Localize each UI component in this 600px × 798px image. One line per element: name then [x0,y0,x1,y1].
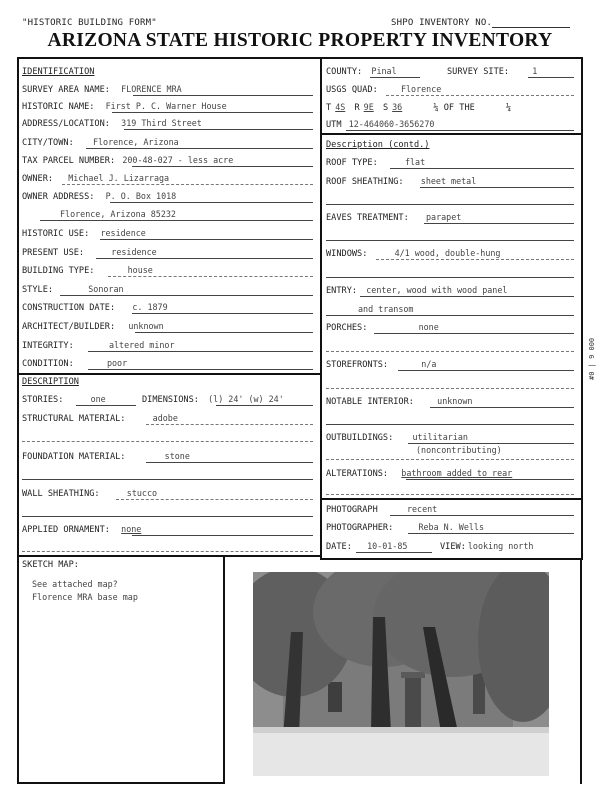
field-rule [398,370,574,371]
field-rule [326,240,574,241]
field-rule [110,202,313,203]
field-rule [96,258,313,259]
sketch-map-note-2: Florence MRA base map [32,592,138,604]
field-rule [22,441,313,442]
description-contd-heading: Description (contd.) [326,140,429,151]
identification-heading: IDENTIFICATION [22,67,94,78]
field-rule [86,148,313,149]
field-rule [326,315,574,316]
field-rule [62,184,313,185]
description-heading: DESCRIPTION [22,377,79,388]
field-rule [108,276,313,277]
shpo-inventory-value [492,18,570,28]
field-rule [326,351,574,352]
shpo-inventory-label: SHPO INVENTORY NO. [391,18,492,28]
sketch-map-label: SKETCH MAP: [22,560,79,571]
form-type-label: "HISTORIC BUILDING FORM" [22,18,157,28]
field-rule [112,112,313,113]
field-rule [528,77,574,78]
field-rule [326,204,574,205]
field-rule [133,95,313,96]
field-rule [40,220,313,221]
field-rule [420,187,574,188]
field-rule [376,259,574,260]
field-rule [146,462,313,463]
field-rule [390,515,574,516]
shpo-inventory-field: SHPO INVENTORY NO. [391,18,570,28]
field-rule [390,168,574,169]
field-rule [22,479,313,480]
field-rule [132,535,313,536]
field-rule [326,388,574,389]
page-title: ARIZONA STATE HISTORIC PROPERTY INVENTOR… [0,30,600,52]
field-rule [76,405,136,406]
field-rule [430,407,574,408]
field-rule [326,494,574,495]
side-margin-mark: #0 | 9 000 [588,338,596,380]
township-range-section-field: T4S R9E S36 ¼ OF THE ¼ [326,102,511,114]
field-rule [360,296,574,297]
field-rule [132,166,313,167]
house-photo-image [253,572,549,776]
field-rule [326,459,574,460]
field-rule [370,77,420,78]
outbuildings-line2: (noncontributing) [416,445,502,457]
house-photograph [253,572,549,776]
photo-view-field: VIEW:looking north [440,541,533,553]
field-rule [386,95,574,96]
field-rule [326,424,574,425]
field-rule [356,552,432,553]
field-rule [346,130,574,131]
applied-ornament-field: APPLIED ORNAMENT: none [22,524,141,536]
field-rule [374,333,574,334]
field-rule [408,533,574,534]
field-rule [408,443,574,444]
field-rule [132,313,313,314]
sketch-map-note-1: See attached map? [32,579,118,591]
field-rule [424,223,574,224]
field-rule [116,499,313,500]
field-rule [135,332,313,333]
field-rule [22,551,313,552]
field-rule [124,129,313,130]
field-rule [216,405,313,406]
field-rule [100,239,313,240]
field-rule [88,351,313,352]
right-frame-line [580,560,582,784]
field-rule [146,424,313,425]
field-rule [88,369,313,370]
field-rule [22,516,313,517]
survey-site-field: SURVEY SITE: 1 [447,66,537,78]
field-rule [326,277,574,278]
field-rule [60,295,313,296]
field-rule [406,479,574,480]
